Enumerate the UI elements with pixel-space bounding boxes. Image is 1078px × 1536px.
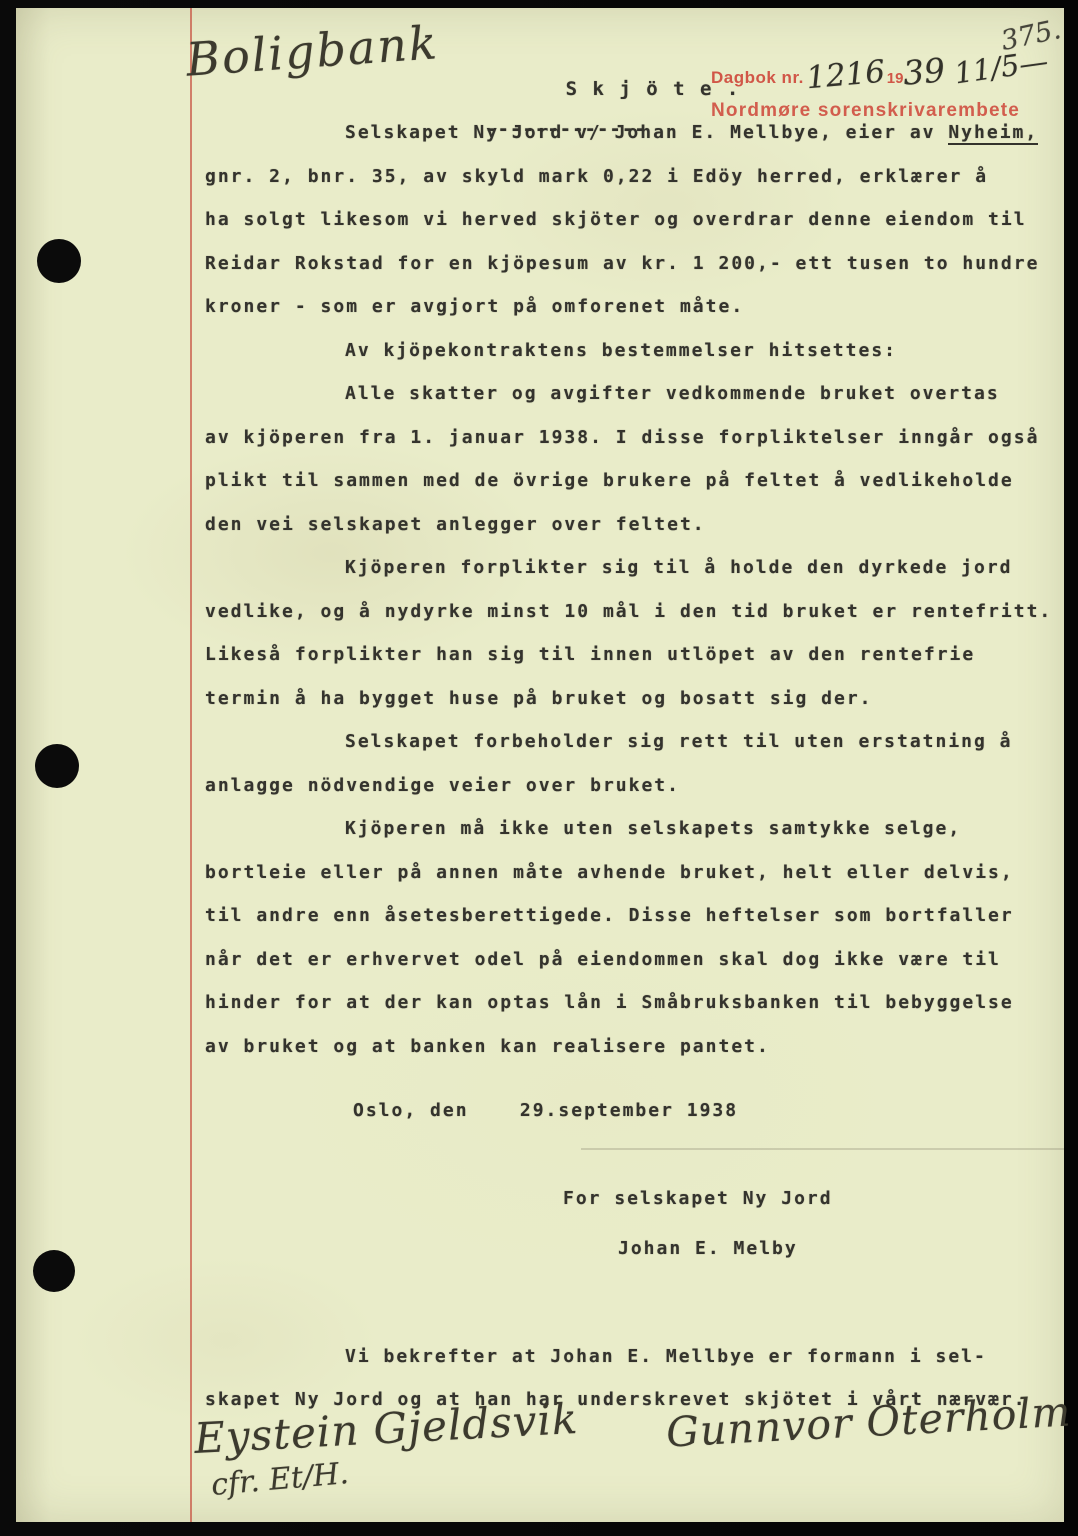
body-line: hinder for at der kan optas lån i Småbru… xyxy=(205,981,1075,1025)
underlined-word: Nyheim, xyxy=(948,123,1038,145)
journal-stamp: Dagbok nr. 1216 19 39 11/5— xyxy=(711,52,1050,91)
paper: Boligbank S k j ö t e . ------------- Da… xyxy=(16,8,1064,1522)
body-line: Av kjöpekontraktens bestemmelser hitsett… xyxy=(345,329,1075,373)
closing-for-company: For selskapet Ny Jord xyxy=(563,1188,833,1209)
handwritten-page-number: 375. xyxy=(998,14,1063,57)
body-line: bortleie eller på annen måte avhende bru… xyxy=(205,851,1075,895)
body-line: Kjöperen må ikke uten selskapets samtykk… xyxy=(345,807,1075,851)
body-line: den vei selskapet anlegger over feltet. xyxy=(205,503,1075,547)
body-line: Likeså forplikter han sig til innen utlö… xyxy=(205,633,1075,677)
handwritten-year: 39 xyxy=(902,50,947,93)
body-line: Selskapet Ny Jord v/ Johan E. Mellbye, e… xyxy=(345,111,1075,155)
body-line: gnr. 2, bnr. 35, av skyld mark 0,22 i Ed… xyxy=(205,155,1075,199)
handwritten-journal-number: 1216 xyxy=(805,54,887,97)
body-text: Selskapet Ny Jord v/ Johan E. Mellbye, e… xyxy=(205,111,1075,1068)
punch-hole-middle xyxy=(35,744,79,788)
body-line: plikt til sammen med de övrige brukere p… xyxy=(205,459,1075,503)
body-line: av kjöperen fra 1. januar 1938. I disse … xyxy=(205,416,1075,460)
scan-background: Boligbank S k j ö t e . ------------- Da… xyxy=(0,0,1078,1536)
stamp-year-prefix: 19 xyxy=(887,70,904,87)
body-line: ha solgt likesom vi herved skjöter og ov… xyxy=(205,198,1075,242)
body-line: til andre enn åsetesberettigede. Disse h… xyxy=(205,894,1075,938)
punch-hole-bottom xyxy=(33,1250,75,1292)
handwritten-date: 11/5— xyxy=(953,44,1051,91)
body-line: når det er erhvervet odel på eiendommen … xyxy=(205,938,1075,982)
signature-left-note: cfr. Et/H. xyxy=(210,1456,350,1503)
body-line: kroner - som er avgjort på omforenet måt… xyxy=(205,285,1075,329)
handwritten-margin-note: Boligbank xyxy=(184,15,440,86)
stamp-dagbok-label: Dagbok nr. xyxy=(711,68,804,88)
body-line: anlagge nödvendige veier over bruket. xyxy=(205,764,1075,808)
red-margin-line xyxy=(190,8,192,1522)
body-line: Alle skatter og avgifter vedkommende bru… xyxy=(345,372,1075,416)
confirmation-line-1: Vi bekrefter at Johan E. Mellbye er form… xyxy=(345,1346,987,1367)
closing-date-line: Oslo, den 29.september 1938 xyxy=(353,1100,738,1121)
paper-crease xyxy=(581,1148,1064,1150)
body-line: vedlike, og å nydyrke minst 10 mål i den… xyxy=(205,590,1075,634)
typed-signature: Johan E. Melby xyxy=(618,1238,798,1259)
body-line: Selskapet forbeholder sig rett til uten … xyxy=(345,720,1075,764)
body-line: termin å ha bygget huse på bruket og bos… xyxy=(205,677,1075,721)
body-line: av bruket og at banken kan realisere pan… xyxy=(205,1025,1075,1069)
punch-hole-top xyxy=(37,239,81,283)
body-line: Kjöperen forplikter sig til å holde den … xyxy=(345,546,1075,590)
body-line: Reidar Rokstad for en kjöpesum av kr. 1 … xyxy=(205,242,1075,286)
